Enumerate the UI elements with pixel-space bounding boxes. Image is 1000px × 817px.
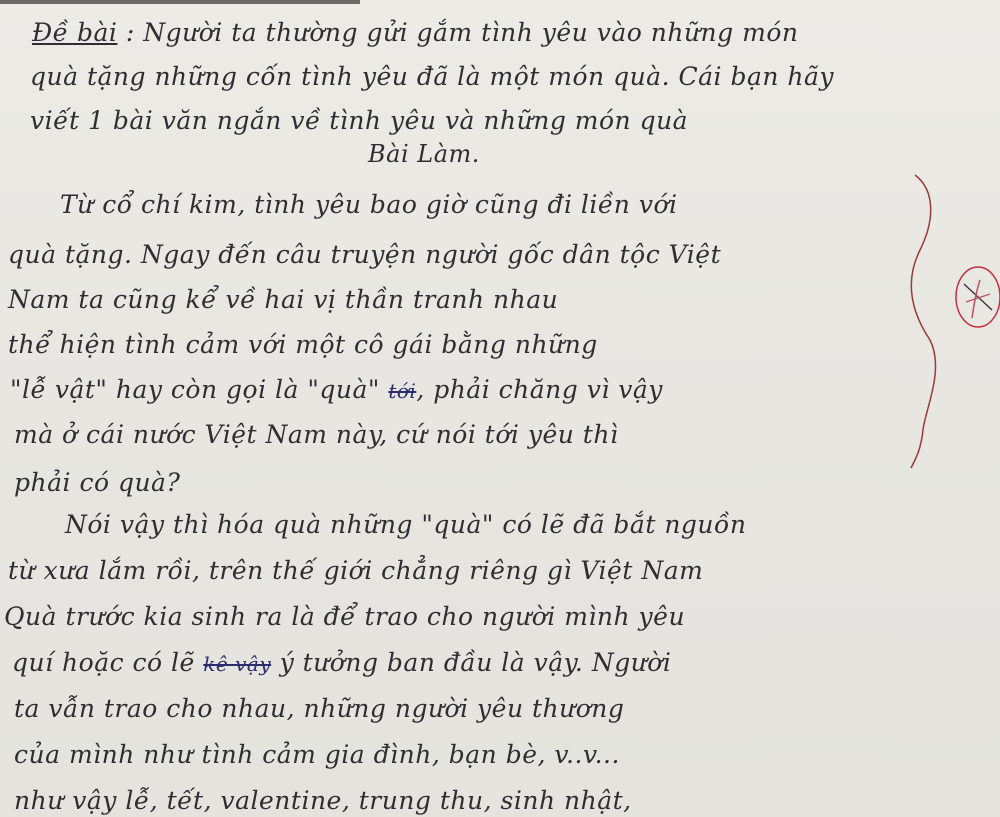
essay-line-5: "lễ vật" hay còn gọi là "quà" tới, phải … xyxy=(10,375,663,404)
essay-line-2: quà tặng. Ngay đến câu truyện người gốc … xyxy=(8,240,721,269)
essay-line-9: từ xưa lắm rồi, trên thế giới chẳng riên… xyxy=(8,556,703,585)
handwritten-page: Đề bài : Người ta thường gửi gắm tình yê… xyxy=(0,0,1000,817)
prompt-line-3: viết 1 bài văn ngắn về tình yêu và những… xyxy=(30,106,688,135)
struck-phrase: kê vậy xyxy=(203,652,271,676)
essay-line-8: Nói vậy thì hóa quà những "quà" có lẽ đã… xyxy=(65,510,746,539)
struck-word: tới xyxy=(388,379,416,403)
prompt-text-1: : Người ta thường gửi gắm tình yêu vào n… xyxy=(126,18,799,47)
prompt-line-2: quà tặng những cốn tình yêu đã là một mó… xyxy=(30,62,834,91)
prompt-line-1: Đề bài : Người ta thường gửi gắm tình yê… xyxy=(32,18,798,47)
essay-heading: Bài Làm. xyxy=(368,140,480,168)
prompt-label: Đề bài xyxy=(32,18,117,47)
red-circled-x-icon xyxy=(950,262,1000,332)
essay-line-11b: ý tưởng ban đầu là vậy. Người xyxy=(280,648,672,677)
essay-line-1: Từ cổ chí kim, tình yêu bao giờ cũng đi … xyxy=(60,190,678,219)
essay-line-4: thể hiện tình cảm với một cô gái bằng nh… xyxy=(8,330,598,359)
essay-line-11: quí hoặc có lẽ kê vậy ý tưởng ban đầu là… xyxy=(12,648,671,677)
essay-line-5b: , phải chăng vì vậy xyxy=(416,375,663,404)
essay-line-14: như vậy lễ, tết, valentine, trung thu, s… xyxy=(14,786,632,815)
essay-line-11a: quí hoặc có lẽ xyxy=(12,648,195,677)
essay-line-7: phải có quà? xyxy=(14,468,180,497)
red-brace-mark xyxy=(905,170,945,470)
essay-line-5a: "lễ vật" hay còn gọi là "quà" xyxy=(10,375,380,404)
essay-line-10: Quà trước kia sinh ra là để trao cho ngư… xyxy=(4,602,685,631)
essay-line-13: của mình như tình cảm gia đình, bạn bè, … xyxy=(14,740,620,769)
page-edge-shadow xyxy=(0,0,360,4)
essay-line-12: ta vẫn trao cho nhau, những người yêu th… xyxy=(14,694,624,723)
essay-line-3: Nam ta cũng kể về hai vị thần tranh nhau xyxy=(8,285,558,314)
essay-line-6: mà ở cái nước Việt Nam này, cứ nói tới y… xyxy=(14,420,618,449)
